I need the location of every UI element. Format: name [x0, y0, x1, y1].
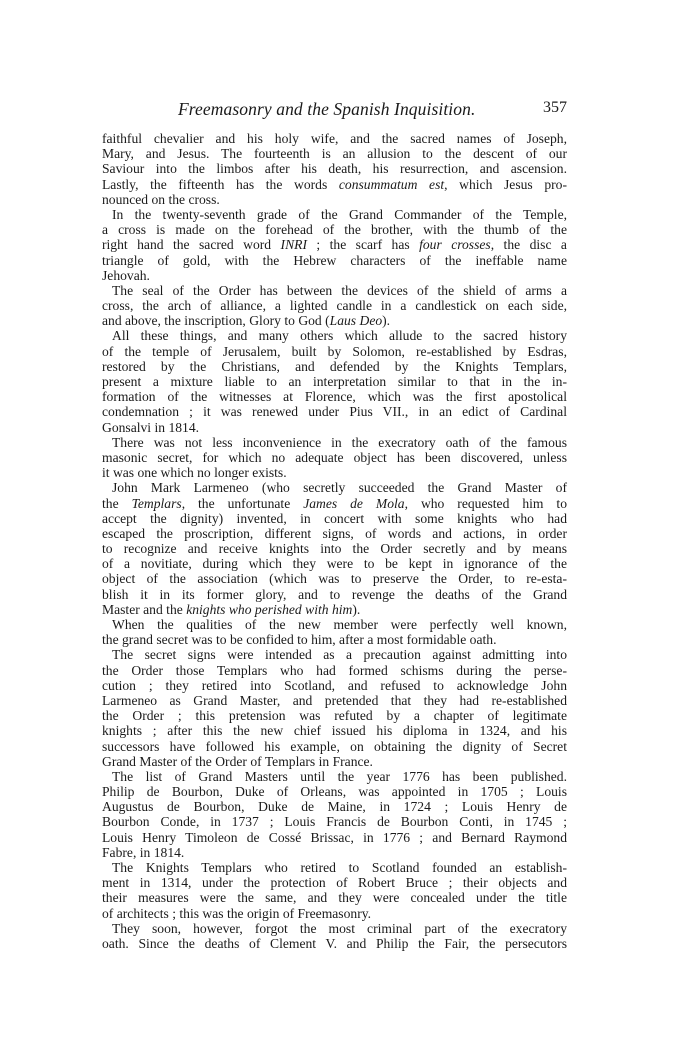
- text-line: faithful chevalier and his holy wife, an…: [102, 131, 567, 146]
- text-line: Louis Henry Timoleon de Cossé Brissac, i…: [102, 830, 567, 845]
- italic-phrase: four crosses: [419, 237, 491, 252]
- italic-phrase: INRI: [281, 237, 307, 252]
- text-line: All these things, and many others which …: [102, 328, 567, 343]
- text-line: There was not less inconvenience in the …: [102, 435, 567, 450]
- italic-phrase: knights who perished with him: [186, 602, 352, 617]
- text-line: triangle of gold, with the Hebrew charac…: [102, 253, 567, 268]
- text-line: the Templars, the unfortunate James de M…: [102, 496, 567, 511]
- text-line: cution ; they retired into Scotland, and…: [102, 678, 567, 693]
- text-line: Saviour into the limbos after his death,…: [102, 161, 567, 176]
- text-line: their measures were the same, and they w…: [102, 890, 567, 905]
- italic-phrase: consummatum est: [339, 177, 444, 192]
- text-line: In the twenty-seventh grade of the Grand…: [102, 207, 567, 222]
- text-line: Jehovah.: [102, 268, 567, 283]
- text-line: of the temple of Jerusalem, built by Sol…: [102, 344, 567, 359]
- text-line: Master and the knights who perished with…: [102, 602, 567, 617]
- text-line: and above, the inscription, Glory to God…: [102, 313, 567, 328]
- text-line: the Order ; this pretension was refuted …: [102, 708, 567, 723]
- text-line: condemnation ; it was renewed under Pius…: [102, 404, 567, 419]
- body-text: faithful chevalier and his holy wife, an…: [102, 131, 567, 951]
- italic-phrase: Templars: [132, 496, 182, 511]
- text-line: ment in 1314, under the protection of Ro…: [102, 875, 567, 890]
- text-line: Bourbon Conde, in 1737 ; Louis Francis d…: [102, 814, 567, 829]
- text-line: escaped the proscription, different sign…: [102, 526, 567, 541]
- text-line: to recognize and receive knights into th…: [102, 541, 567, 556]
- italic-phrase: Laus Deo: [330, 313, 383, 328]
- text-line: masonic secret, for which no adequate ob…: [102, 450, 567, 465]
- text-line: the grand secret was to be confided to h…: [102, 632, 567, 647]
- text-line: The Knights Templars who retired to Scot…: [102, 860, 567, 875]
- text-line: Gonsalvi in 1814.: [102, 420, 567, 435]
- text-line: knights ; after this the new chief issue…: [102, 723, 567, 738]
- text-line: Mary, and Jesus. The fourteenth is an al…: [102, 146, 567, 161]
- text-line: object of the association (which was to …: [102, 571, 567, 586]
- text-line: successors have followed his example, on…: [102, 739, 567, 754]
- text-line: Philip de Bourbon, Duke of Orleans, was …: [102, 784, 567, 799]
- text-line: it was one which no longer exists.: [102, 465, 567, 480]
- text-line: John Mark Larmeneo (who secretly succeed…: [102, 480, 567, 495]
- text-line: Fabre, in 1814.: [102, 845, 567, 860]
- text-line: The secret signs were intended as a prec…: [102, 647, 567, 662]
- text-line: of a novitiate, during which they were t…: [102, 556, 567, 571]
- text-line: Larmeneo as Grand Master, and pretended …: [102, 693, 567, 708]
- page-number: 357: [543, 99, 567, 117]
- text-line: right hand the sacred word INRI ; the sc…: [102, 237, 567, 252]
- text-line: When the qualities of the new member wer…: [102, 617, 567, 632]
- text-line: accept the dignity) invented, in concert…: [102, 511, 567, 526]
- text-line: The list of Grand Masters until the year…: [102, 769, 567, 784]
- text-line: the Order those Templars who had formed …: [102, 663, 567, 678]
- text-line: The seal of the Order has between the de…: [102, 283, 567, 298]
- running-title: Freemasonry and the Spanish Inquisition.: [178, 99, 475, 120]
- text-line: blish it in its former glory, and to rev…: [102, 587, 567, 602]
- text-line: restored by the Christians, and defended…: [102, 359, 567, 374]
- text-line: a cross is made on the forehead of the b…: [102, 222, 567, 237]
- text-line: nounced on the cross.: [102, 192, 567, 207]
- text-line: Augustus de Bourbon, Duke de Maine, in 1…: [102, 799, 567, 814]
- text-line: cross, the arch of alliance, a lighted c…: [102, 298, 567, 313]
- text-line: Lastly, the fifteenth has the words cons…: [102, 177, 567, 192]
- text-line: They soon, however, forgot the most crim…: [102, 921, 567, 936]
- text-line: oath. Since the deaths of Clement V. and…: [102, 936, 567, 951]
- text-line: formation of the witnesses at Florence, …: [102, 389, 567, 404]
- text-line: present a mixture liable to an interpret…: [102, 374, 567, 389]
- text-line: Grand Master of the Order of Templars in…: [102, 754, 567, 769]
- text-line: of architects ; this was the origin of F…: [102, 906, 567, 921]
- italic-phrase: James de Mola: [303, 496, 404, 511]
- page-header: Freemasonry and the Spanish Inquisition.…: [178, 99, 567, 119]
